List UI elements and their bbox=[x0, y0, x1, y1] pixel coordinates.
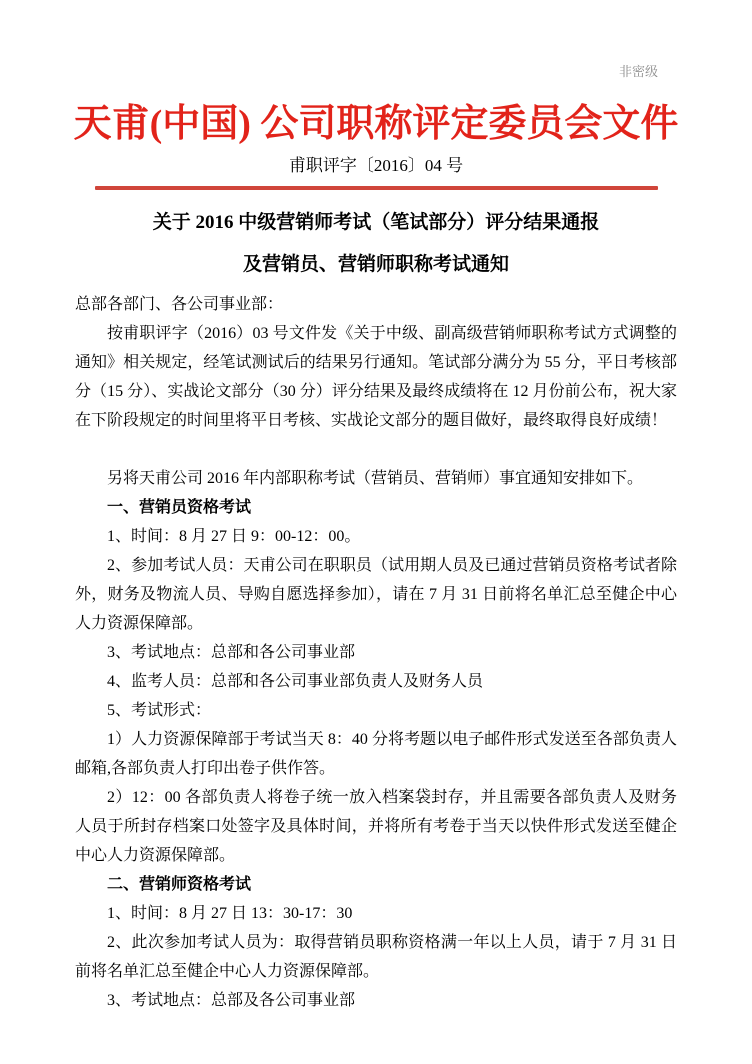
document-body: 总部各部门、各公司事业部：按甫职评字（2016）03 号文件发《关于中级、副高级… bbox=[0, 290, 752, 1015]
body-paragraph: 1、时间：8 月 27 日 13：30-17：30 bbox=[75, 899, 677, 928]
blank-line bbox=[75, 435, 677, 464]
subject-title-line2: 及营销员、营销师职称考试通知 bbox=[0, 244, 752, 286]
body-paragraph: 总部各部门、各公司事业部： bbox=[75, 290, 677, 319]
subject-title-line1: 关于 2016 中级营销师考试（笔试部分）评分结果通报 bbox=[0, 202, 752, 244]
body-paragraph: 2、此次参加考试人员为：取得营销员职称资格满一年以上人员，请于 7 月 31 日… bbox=[75, 928, 677, 986]
body-paragraph: 2）12：00 各部负责人将卷子统一放入档案袋封存，并且需要各部负责人及财务人员… bbox=[75, 783, 677, 870]
body-paragraph: 2、参加考试人员：天甫公司在职职员（试用期人员及已通过营销员资格考试者除外，财务… bbox=[75, 551, 677, 638]
subject-title: 关于 2016 中级营销师考试（笔试部分）评分结果通报 及营销员、营销师职称考试… bbox=[0, 202, 752, 286]
body-paragraph: 5、考试形式： bbox=[75, 696, 677, 725]
section-heading: 一、营销员资格考试 bbox=[75, 493, 677, 522]
body-paragraph: 1）人力资源保障部于考试当天 8：40 分将考题以电子邮件形式发送至各部负责人邮… bbox=[75, 725, 677, 783]
body-paragraph: 另将天甫公司 2016 年内部职称考试（营销员、营销师）事宜通知安排如下。 bbox=[75, 464, 677, 493]
org-header-title: 天甫(中国) 公司职称评定委员会文件 bbox=[0, 100, 752, 148]
red-divider bbox=[95, 186, 658, 190]
body-paragraph: 4、监考人员：总部和各公司事业部负责人及财务人员 bbox=[75, 667, 677, 696]
body-paragraph: 按甫职评字（2016）03 号文件发《关于中级、副高级营销师职称考试方式调整的通… bbox=[75, 319, 677, 435]
doc-number: 甫职评字〔2016〕04 号 bbox=[0, 155, 752, 177]
body-paragraph: 3、考试地点：总部及各公司事业部 bbox=[75, 986, 677, 1015]
body-paragraph: 1、时间：8 月 27 日 9：00-12：00。 bbox=[75, 522, 677, 551]
section-heading: 二、营销师资格考试 bbox=[75, 870, 677, 899]
document-page: 非密级 天甫(中国) 公司职称评定委员会文件 甫职评字〔2016〕04 号 关于… bbox=[0, 0, 752, 1064]
classification-label: 非密级 bbox=[0, 64, 752, 80]
body-paragraph: 3、考试地点：总部和各公司事业部 bbox=[75, 638, 677, 667]
